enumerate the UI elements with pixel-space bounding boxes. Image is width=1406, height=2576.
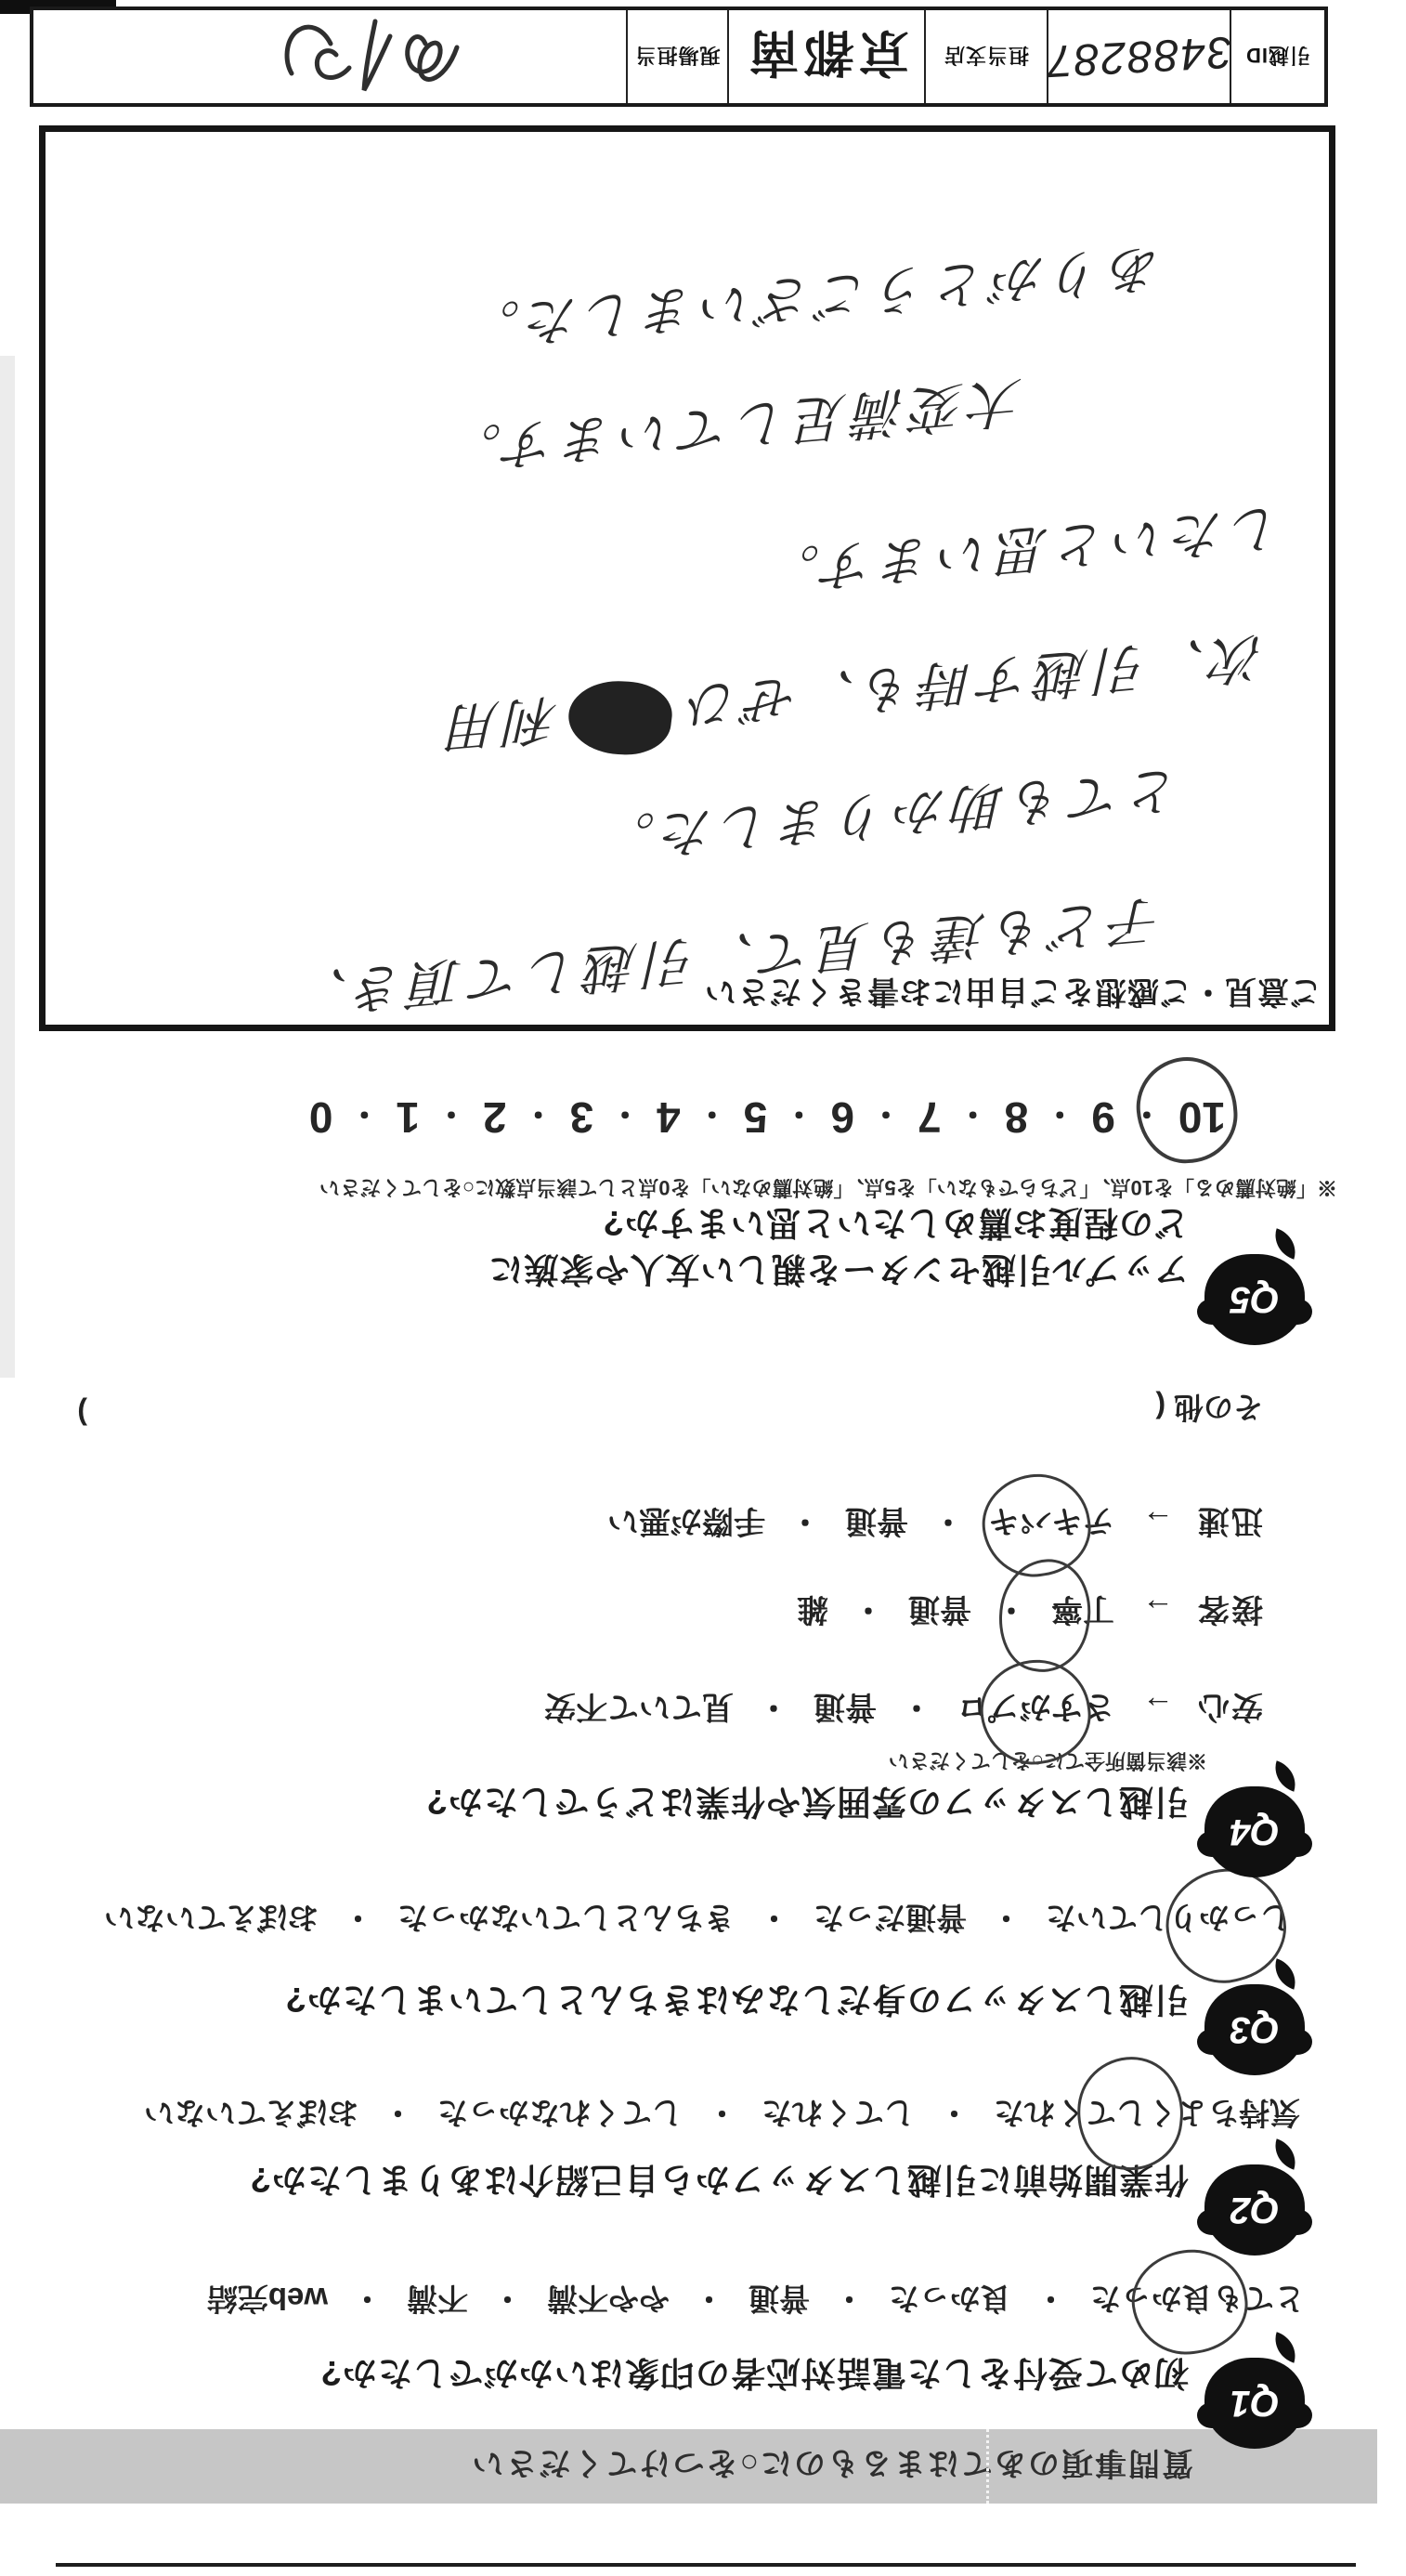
scan-artifact-edge-shade bbox=[0, 356, 15, 1378]
q5-scale-value: 8 bbox=[1005, 1093, 1092, 1142]
q4-option-label: 丁寧 bbox=[1051, 1591, 1114, 1627]
q4-option: 手際が悪い bbox=[607, 1503, 845, 1538]
q1-option-circled: とても良かった bbox=[1090, 2279, 1305, 2322]
staff-signature-cell bbox=[33, 10, 626, 103]
q2-option: おぼえていない bbox=[144, 2096, 437, 2130]
q2-option: してくれた bbox=[762, 2096, 994, 2130]
q5-scale-value: 10 bbox=[1178, 1093, 1226, 1142]
handwritten-id-number: 3488287 bbox=[1045, 26, 1233, 86]
q4-row-label: 接客 bbox=[1196, 1591, 1263, 1627]
q4-badge-label: Q4 bbox=[1204, 1786, 1305, 1877]
q2-option-label: 気持ちよくしてくれた bbox=[994, 2096, 1300, 2130]
q2-options: 気持ちよくしてくれたしてくれたしてくれなかったおぼえていない bbox=[144, 2093, 1300, 2137]
q4-row-label: 迅速 bbox=[1196, 1503, 1263, 1538]
q1-option: 良かった bbox=[889, 2282, 1090, 2316]
q3-badge-label: Q3 bbox=[1204, 1984, 1305, 2075]
dotted-divider bbox=[986, 2429, 989, 2504]
q2-badge-icon: Q2 bbox=[1200, 2144, 1309, 2259]
q1-badge-icon: Q1 bbox=[1200, 2337, 1309, 2452]
q5-scale-value: 0 bbox=[309, 1093, 397, 1142]
q5-badge-icon: Q5 bbox=[1200, 1234, 1309, 1349]
q3-option: きちんとしていなかった bbox=[397, 1901, 814, 1935]
q4-option-circled: 丁寧 bbox=[1051, 1589, 1114, 1635]
q4-option: 見ていて不安 bbox=[544, 1689, 814, 1724]
q3-option: おぼえていない bbox=[104, 1901, 397, 1935]
staff-label: 現場担当 bbox=[626, 10, 727, 103]
q1-option: 普通 bbox=[749, 2282, 889, 2316]
q4-option-label: さすがプロ bbox=[957, 1689, 1114, 1724]
comment-box: ご意見・ご感想をご自由にお書きください 子ども達も見て、引越して頂き、 とても助… bbox=[39, 125, 1335, 1031]
q1-option-label: とても良かった bbox=[1090, 2282, 1305, 2316]
scan-artifact-edge-line bbox=[56, 2563, 1356, 2567]
arrow-right-icon: → bbox=[1142, 1503, 1174, 1538]
q5-badge-label: Q5 bbox=[1204, 1254, 1305, 1345]
q4-row-jinsoku: 迅速→テキパキ普通手際が悪い bbox=[607, 1501, 1263, 1547]
q5-scale-value: 7 bbox=[918, 1093, 1005, 1142]
q4-option: 普通 bbox=[814, 1689, 957, 1724]
q5-scale-value: 6 bbox=[830, 1093, 918, 1142]
q5-scale-value: 2 bbox=[483, 1093, 570, 1142]
q4-row-anshin: 安心→さすがプロ普通見ていて不安 bbox=[544, 1687, 1263, 1733]
q3-options: しっかりしていた普通だったきちんとしていなかったおぼえていない bbox=[104, 1898, 1291, 1942]
handwritten-line-2: とても助かりました。 bbox=[597, 755, 1181, 881]
q5-note: ※「絶対薦める」を10点、「どちらでもない」を5点、「絶対薦めない」を0点として… bbox=[319, 1174, 1337, 1203]
q3-badge-icon: Q3 bbox=[1200, 1964, 1309, 2079]
q4-option-circled: さすがプロ bbox=[957, 1687, 1114, 1733]
q5-nps-scale: 109876543210 bbox=[309, 1092, 1226, 1143]
q2-option: してくれなかった bbox=[437, 2096, 762, 2130]
q4-other-label: その他 ( bbox=[1155, 1391, 1263, 1424]
q3-option: 普通だった bbox=[814, 1901, 1046, 1935]
branch-label: 担当支店 bbox=[924, 10, 1047, 103]
q4-other-row: その他 ( ) bbox=[56, 1388, 1263, 1431]
q5-scale-value: 3 bbox=[570, 1093, 657, 1142]
q1-option: 不満 bbox=[407, 2282, 547, 2316]
q1-title: 初めて受付をした電話対応者の印象はいかがでしたか? bbox=[319, 2351, 1189, 2401]
q3-option-circled: しっかりしていた bbox=[1046, 1898, 1291, 1942]
instruction-bar: 質問事項のあてはまるものに○をつけてください bbox=[0, 2429, 1377, 2504]
signature-scribble-icon bbox=[264, 12, 468, 101]
handwritten-line-3: 次、引越す時も、ぜひ利用 bbox=[442, 622, 1265, 770]
q4-option-label: テキパキ bbox=[988, 1503, 1114, 1538]
q1-options: とても良かった良かった普通やや不満不満web完結 bbox=[207, 2279, 1305, 2322]
q2-title: 作業開始前に引越しスタッフから自己紹介はありましたか? bbox=[249, 2158, 1189, 2208]
arrow-right-icon: → bbox=[1142, 1591, 1174, 1627]
q4-note: ※該当箇所全てに○をしてください bbox=[889, 1747, 1207, 1776]
q4-option: 雑 bbox=[797, 1591, 908, 1627]
handwritten-line-6: ありがとうございました。 bbox=[462, 233, 1163, 369]
q5-scale-value: 5 bbox=[744, 1093, 831, 1142]
q4-row-label: 安心 bbox=[1196, 1689, 1263, 1724]
q5-scale-value: 9 bbox=[1091, 1093, 1178, 1142]
q1-option: やや不満 bbox=[547, 2282, 749, 2316]
q2-badge-label: Q2 bbox=[1204, 2164, 1305, 2256]
q5-title-line1: アップル引越センターを親しい友人や家族に bbox=[488, 1248, 1189, 1298]
scanned-survey-sheet: 質問事項のあてはまるものに○をつけてください Q1 初めて受付をした電話対応者の… bbox=[0, 0, 1406, 2576]
header-table: 引越ID 3488287 担当支店 京都南 現場担当 bbox=[30, 7, 1328, 107]
q4-title: 引越しスタッフの雰囲気や作業はどうでしたか? bbox=[425, 1780, 1189, 1830]
q1-badge-label: Q1 bbox=[1204, 2358, 1305, 2449]
handwritten-text: 次、引越す時も、ぜひ bbox=[681, 627, 1265, 737]
branch-stamp: 京都南 bbox=[727, 10, 924, 103]
ink-scribble-blackout bbox=[565, 679, 676, 757]
q5-title-line2: どの程度お薦めしたいと思いますか? bbox=[602, 1201, 1189, 1251]
q2-option-circled: 気持ちよくしてくれた bbox=[994, 2093, 1300, 2137]
q5-scale-value: 1 bbox=[396, 1093, 483, 1142]
handwritten-line-4: したいと思います。 bbox=[762, 493, 1283, 613]
q4-option: 普通 bbox=[908, 1591, 1051, 1627]
q4-badge-icon: Q4 bbox=[1200, 1766, 1309, 1881]
q4-option-circled: テキパキ bbox=[988, 1501, 1114, 1547]
q1-option: web完結 bbox=[207, 2282, 407, 2316]
q3-title: 引越しスタッフの身だしなみはきちんとしていましたか? bbox=[284, 1978, 1189, 2028]
arrow-right-icon: → bbox=[1142, 1689, 1174, 1724]
q4-other-close-paren: ) bbox=[77, 1396, 87, 1431]
handwritten-line-5: 大変満足しています。 bbox=[443, 367, 1023, 492]
handwritten-text: 利用 bbox=[442, 688, 560, 757]
moving-id-value: 3488287 bbox=[1047, 10, 1230, 103]
branch-stamp-text: 京都南 bbox=[745, 21, 909, 93]
q4-option: 普通 bbox=[845, 1503, 988, 1538]
q3-option-label: しっかりしていた bbox=[1046, 1901, 1291, 1935]
q4-row-sekkyaku: 接客→丁寧普通雑 bbox=[797, 1589, 1263, 1635]
q5-scale-circled: 10 bbox=[1178, 1092, 1226, 1143]
q5-scale-value: 4 bbox=[657, 1093, 744, 1142]
moving-id-label: 引越ID bbox=[1230, 10, 1324, 103]
